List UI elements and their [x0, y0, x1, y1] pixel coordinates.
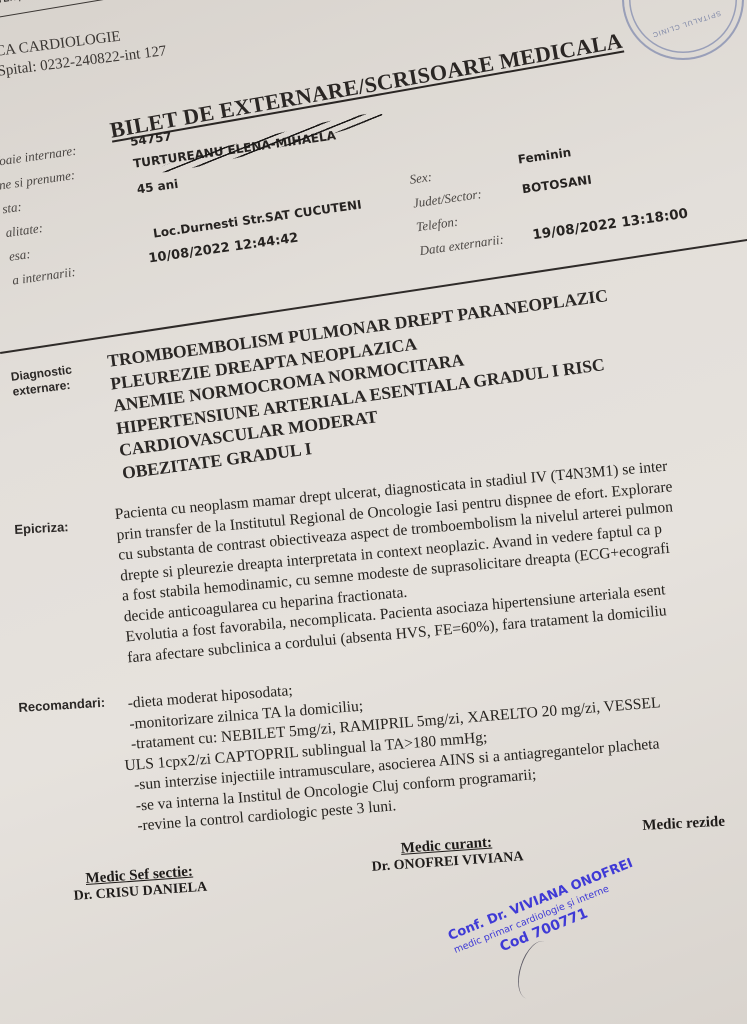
signature-sef-sectie: Medic Sef sectie: Dr. CRISU DANIELA — [72, 863, 208, 905]
patient-age: 45 ani — [136, 177, 179, 197]
signature-medic-rezident: Medic rezide — [642, 814, 725, 835]
hospital-header: CA CARDIOLOGIE Spital: 0232-240822-int 1… — [0, 21, 168, 81]
discharge-letter-page: ETENȚĂ IA CA CARDIOLOGIE Spital: 0232-24… — [0, 0, 747, 1024]
document-title: BILET DE EXTERNARE/SCRISOARE MEDICALA — [108, 28, 624, 144]
patient-info-right: Sex: Judet/Sector: Telefon: Data externa… — [408, 156, 505, 263]
hospital-round-stamp — [622, 0, 744, 60]
patient-info-left: foaie internare: ne si prenume: sta: ali… — [0, 139, 95, 293]
patient-sex: Feminin — [517, 145, 572, 166]
recomandari-text: -dieta moderat hiposodata; -monitorizare… — [127, 652, 668, 837]
header-strip-text: ETENȚĂ IA — [0, 0, 43, 6]
diagnostic-label: Diagnostic externare: — [10, 361, 83, 399]
epicriza-label: Epicriza: — [14, 519, 69, 537]
recomandari-label: Recomandari: — [18, 695, 105, 715]
diagnostic-list: TROMBOEMBOLISM PULMONAR DREPT PARANEOPLA… — [106, 284, 624, 484]
patient-county: BOTOSANI — [521, 173, 592, 197]
discharge-date: 19/08/2022 13:18:00 — [531, 206, 689, 244]
epicriza-text: Pacienta cu neoplasm mamar drept ulcerat… — [114, 456, 684, 668]
signature-medic-curant: Medic curant: Dr. ONOFREI VIVIANA — [370, 832, 524, 876]
header-divider — [0, 0, 434, 19]
patient-address: Loc.Durnesti Str.SAT CUCUTENI — [152, 197, 362, 240]
